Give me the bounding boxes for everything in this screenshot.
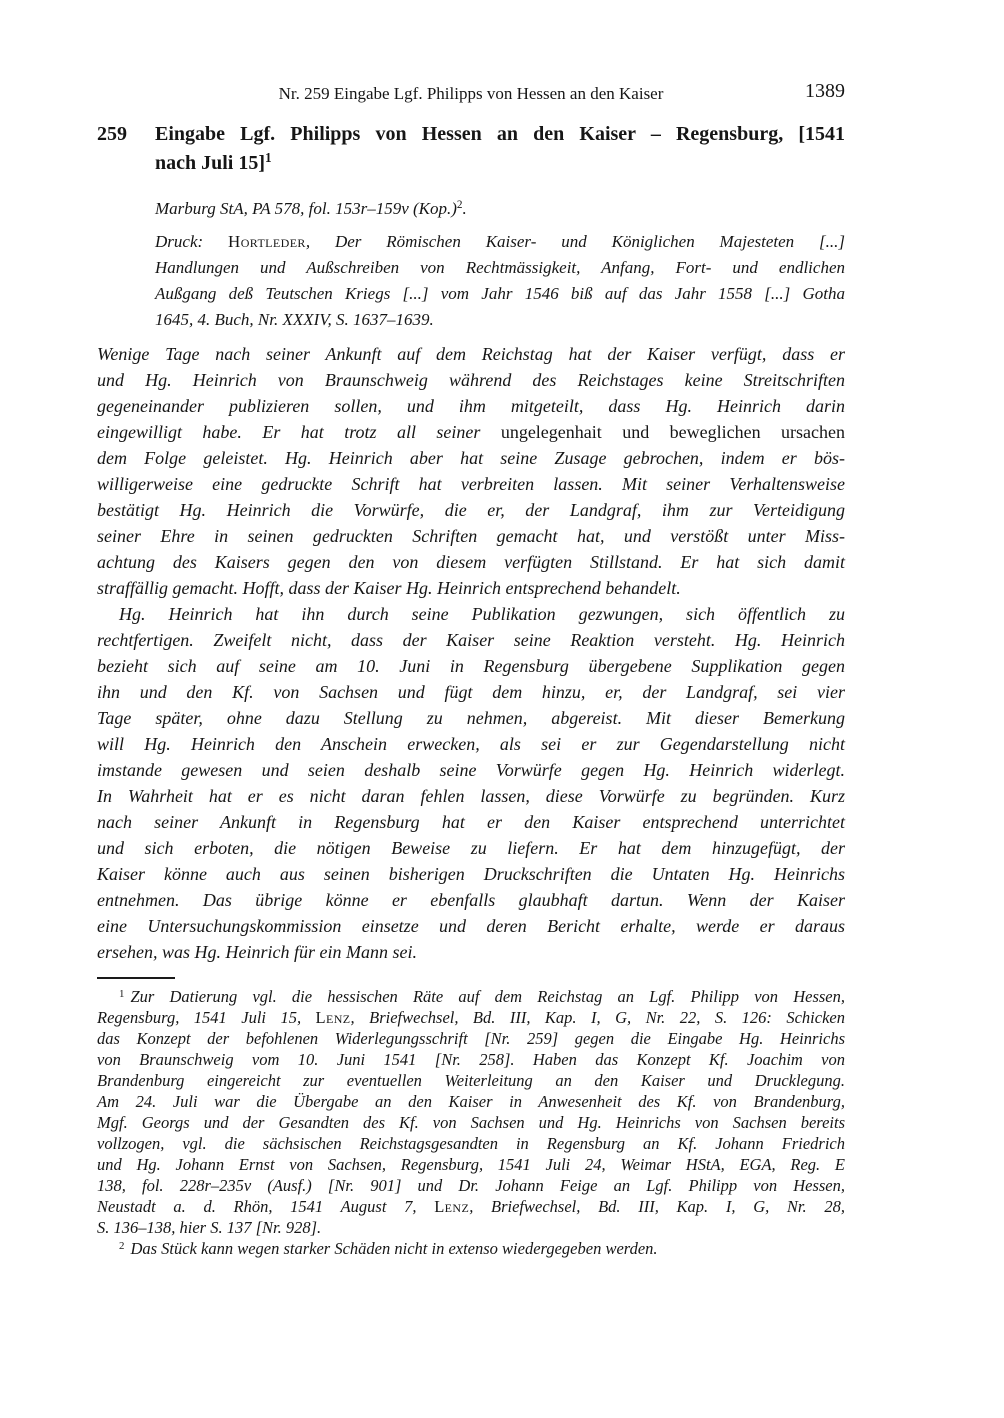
text-run: 2	[457, 199, 463, 211]
text-run: , Briefwechsel, Bd. III, Kap. I, G, Nr. …	[469, 1197, 845, 1216]
text-run: Brandenburg eingereicht zur eventuellen …	[97, 1071, 845, 1090]
text-line: Mgf. Georgs und der Gesandten des Kf. vo…	[97, 1112, 845, 1133]
text-run: von Braunschweig vom 10. Juni 1541 [Nr. …	[97, 1050, 845, 1069]
text-line: S. 136–138, hier S. 137 [Nr. 928].	[97, 1217, 845, 1238]
text-run: dem Folge geleistet. Hg. Heinrich aber h…	[97, 448, 845, 468]
text-line: Am 24. Juli war die Übergabe an den Kais…	[97, 1091, 845, 1112]
text-line: straffällig gemacht. Hofft, dass der Kai…	[97, 575, 845, 601]
text-run: ungelegenhait und beweglichen ursachen	[501, 422, 845, 442]
text-run: .	[463, 199, 467, 218]
heading-footnote-ref: 1	[265, 150, 272, 165]
page-number: 1389	[805, 79, 845, 103]
text-line: 1645, 4. Buch, Nr. XXXIV, S. 1637–1639.	[155, 307, 845, 333]
text-line: 2Das Stück kann wegen starker Schäden ni…	[97, 1238, 845, 1259]
text-line: In Wahrheit hat er es nicht daran fehlen…	[97, 783, 845, 809]
footnote-1: 1Zur Datierung vgl. die hessischen Räte …	[97, 986, 845, 1238]
text-line: willigerweise eine gedruckte Schrift hat…	[97, 471, 845, 497]
text-run: S. 136–138, hier S. 137 [Nr. 928].	[97, 1218, 321, 1237]
document-title-line2-text: nach Juli 15]	[155, 152, 265, 174]
text-line: eine Untersuchungskommission einsetze un…	[97, 913, 845, 939]
text-run: Druck:	[155, 232, 228, 251]
text-run: entnehmen. Das übrige könne er ebenfalls…	[97, 890, 845, 910]
text-line: Wenige Tage nach seiner Ankunft auf dem …	[97, 341, 845, 367]
text-run: gegeneinander publizieren sollen, und ih…	[97, 396, 845, 416]
text-run: nach seiner Ankunft in Regensburg hat er…	[97, 812, 845, 832]
text-run: das Konzept der befohlenen Widerlegungss…	[97, 1029, 845, 1048]
text-run: vollzogen, vgl. die sächsischen Reichsta…	[97, 1134, 845, 1153]
text-line: Hg. Heinrich hat ihn durch seine Publika…	[97, 601, 845, 627]
text-line: dem Folge geleistet. Hg. Heinrich aber h…	[97, 445, 845, 471]
text-run: rechtfertigen. Zweifelt nicht, dass der …	[97, 630, 845, 650]
text-run: Regensburg, 1541 Juli 15,	[97, 1008, 316, 1027]
print-reference: Druck: Hortleder, Der Römischen Kaiser- …	[155, 229, 845, 333]
text-run: Handlungen und Außschreiben von Rechtmäs…	[155, 258, 845, 277]
text-run: will Hg. Heinrich den Anschein erwecken,…	[97, 734, 845, 754]
text-line: und Hg. Johann Ernst von Sachsen, Regens…	[97, 1154, 845, 1175]
text-run: imstande gewesen und seien deshalb seine…	[97, 760, 845, 780]
text-run: eingewilligt habe. Er hat trotz all sein…	[97, 422, 501, 442]
text-line: Kaiser könne auch aus seinen bisherigen …	[97, 861, 845, 887]
text-line: will Hg. Heinrich den Anschein erwecken,…	[97, 731, 845, 757]
footnote-marker: 1	[119, 988, 124, 1000]
text-line: vollzogen, vgl. die sächsischen Reichsta…	[97, 1133, 845, 1154]
text-line: seiner Ehre in seinen gedruckten Schrift…	[97, 523, 845, 549]
text-line: von Braunschweig vom 10. Juni 1541 [Nr. …	[97, 1049, 845, 1070]
text-run: , Briefwechsel, Bd. III, Kap. I, G, Nr. …	[351, 1008, 845, 1027]
text-run: ersehen, was Hg. Heinrich für ein Mann s…	[97, 942, 417, 962]
text-run: Wenige Tage nach seiner Ankunft auf dem …	[97, 344, 845, 364]
text-run: willigerweise eine gedruckte Schrift hat…	[97, 474, 845, 494]
regest-paragraph-1: Wenige Tage nach seiner Ankunft auf dem …	[97, 341, 845, 601]
text-line: und Hg. Heinrich von Braunschweig währen…	[97, 367, 845, 393]
text-line: das Konzept der befohlenen Widerlegungss…	[97, 1028, 845, 1049]
text-run: Das Stück kann wegen starker Schäden nic…	[130, 1239, 657, 1258]
text-line: Tage später, ohne dazu Stellung zu nehme…	[97, 705, 845, 731]
text-line: entnehmen. Das übrige könne er ebenfalls…	[97, 887, 845, 913]
document-title-line2: nach Juli 15]1	[155, 152, 272, 174]
text-run: Tage später, ohne dazu Stellung zu nehme…	[97, 708, 845, 728]
text-run: Marburg StA, PA 578, fol. 153r–159v (Kop…	[155, 199, 457, 218]
text-line: Außgang deß Teutschen Kriegs [...] vom J…	[155, 281, 845, 307]
text-line: 1Zur Datierung vgl. die hessischen Räte …	[97, 986, 845, 1007]
document-title: Eingabe Lgf. Philipps von Hessen an den …	[155, 120, 845, 178]
book-page: Nr. 259 Eingabe Lgf. Philipps von Hessen…	[0, 0, 1004, 1418]
text-line: rechtfertigen. Zweifelt nicht, dass der …	[97, 627, 845, 653]
text-run: In Wahrheit hat er es nicht daran fehlen…	[97, 786, 845, 806]
text-run: Hortleder	[228, 232, 306, 251]
footnote-marker: 2	[119, 1240, 124, 1252]
running-head: Nr. 259 Eingabe Lgf. Philipps von Hessen…	[97, 82, 845, 106]
text-line: eingewilligt habe. Er hat trotz all sein…	[97, 419, 845, 445]
text-line: und sich erboten, die nötigen Beweise zu…	[97, 835, 845, 861]
text-line: Druck: Hortleder, Der Römischen Kaiser- …	[155, 229, 845, 255]
regest-text: Wenige Tage nach seiner Ankunft auf dem …	[97, 341, 845, 965]
text-line: ihn und den Kf. von Sachsen und fügt dem…	[97, 679, 845, 705]
document-number: 259	[97, 120, 155, 178]
text-line: Brandenburg eingereicht zur eventuellen …	[97, 1070, 845, 1091]
text-run: und Hg. Heinrich von Braunschweig währen…	[97, 370, 845, 390]
text-line: Neustadt a. d. Rhön, 1541 August 7, Lenz…	[97, 1196, 845, 1217]
text-run: Mgf. Georgs und der Gesandten des Kf. vo…	[97, 1113, 845, 1132]
text-run: 138, fol. 228r–235v (Ausf.) [Nr. 901] un…	[97, 1176, 845, 1195]
text-run: Zur Datierung vgl. die hessischen Räte a…	[130, 987, 845, 1006]
footnotes: 1Zur Datierung vgl. die hessischen Räte …	[97, 986, 845, 1259]
text-run: ihn und den Kf. von Sachsen und fügt dem…	[97, 682, 845, 702]
text-run: Neustadt a. d. Rhön, 1541 August 7,	[97, 1197, 434, 1216]
text-run: Lenz	[434, 1197, 469, 1216]
text-line: bezieht sich auf seine am 10. Juni in Re…	[97, 653, 845, 679]
text-run: bestätigt Hg. Heinrich die Vorwürfe, die…	[97, 500, 845, 520]
archive-reference: Marburg StA, PA 578, fol. 153r–159v (Kop…	[155, 197, 845, 221]
text-line: nach seiner Ankunft in Regensburg hat er…	[97, 809, 845, 835]
footnote-separator-rule	[97, 977, 175, 979]
text-line: bestätigt Hg. Heinrich die Vorwürfe, die…	[97, 497, 845, 523]
text-run: Am 24. Juli war die Übergabe an den Kais…	[97, 1092, 845, 1111]
text-run: Lenz	[316, 1008, 351, 1027]
regest-paragraph-2: Hg. Heinrich hat ihn durch seine Publika…	[97, 601, 845, 965]
text-line: gegeneinander publizieren sollen, und ih…	[97, 393, 845, 419]
text-run: 1645, 4. Buch, Nr. XXXIV, S. 1637–1639.	[155, 310, 434, 329]
text-run: und sich erboten, die nötigen Beweise zu…	[97, 838, 845, 858]
text-line: 138, fol. 228r–235v (Ausf.) [Nr. 901] un…	[97, 1175, 845, 1196]
running-head-title: Nr. 259 Eingabe Lgf. Philipps von Hessen…	[97, 82, 845, 106]
text-run: Hg. Heinrich hat ihn durch seine Publika…	[119, 604, 845, 624]
text-run: und Hg. Johann Ernst von Sachsen, Regens…	[97, 1155, 845, 1174]
document-title-line1: Eingabe Lgf. Philipps von Hessen an den …	[155, 120, 845, 149]
text-run: , Der Römischen Kaiser- und Königlichen …	[306, 232, 845, 251]
text-run: seiner Ehre in seinen gedruckten Schrift…	[97, 526, 845, 546]
text-run: Kaiser könne auch aus seinen bisherigen …	[97, 864, 845, 884]
text-line: ersehen, was Hg. Heinrich für ein Mann s…	[97, 939, 845, 965]
text-line: imstande gewesen und seien deshalb seine…	[97, 757, 845, 783]
text-run: Außgang deß Teutschen Kriegs [...] vom J…	[155, 284, 845, 303]
footnote-2: 2Das Stück kann wegen starker Schäden ni…	[97, 1238, 845, 1259]
text-run: achtung des Kaisers gegen den von diesem…	[97, 552, 845, 572]
text-run: bezieht sich auf seine am 10. Juni in Re…	[97, 656, 845, 676]
text-line: Handlungen und Außschreiben von Rechtmäs…	[155, 255, 845, 281]
document-heading: 259 Eingabe Lgf. Philipps von Hessen an …	[97, 120, 845, 178]
text-run: eine Untersuchungskommission einsetze un…	[97, 916, 845, 936]
text-line: Regensburg, 1541 Juli 15, Lenz, Briefwec…	[97, 1007, 845, 1028]
text-run: straffällig gemacht. Hofft, dass der Kai…	[97, 578, 681, 598]
text-line: achtung des Kaisers gegen den von diesem…	[97, 549, 845, 575]
